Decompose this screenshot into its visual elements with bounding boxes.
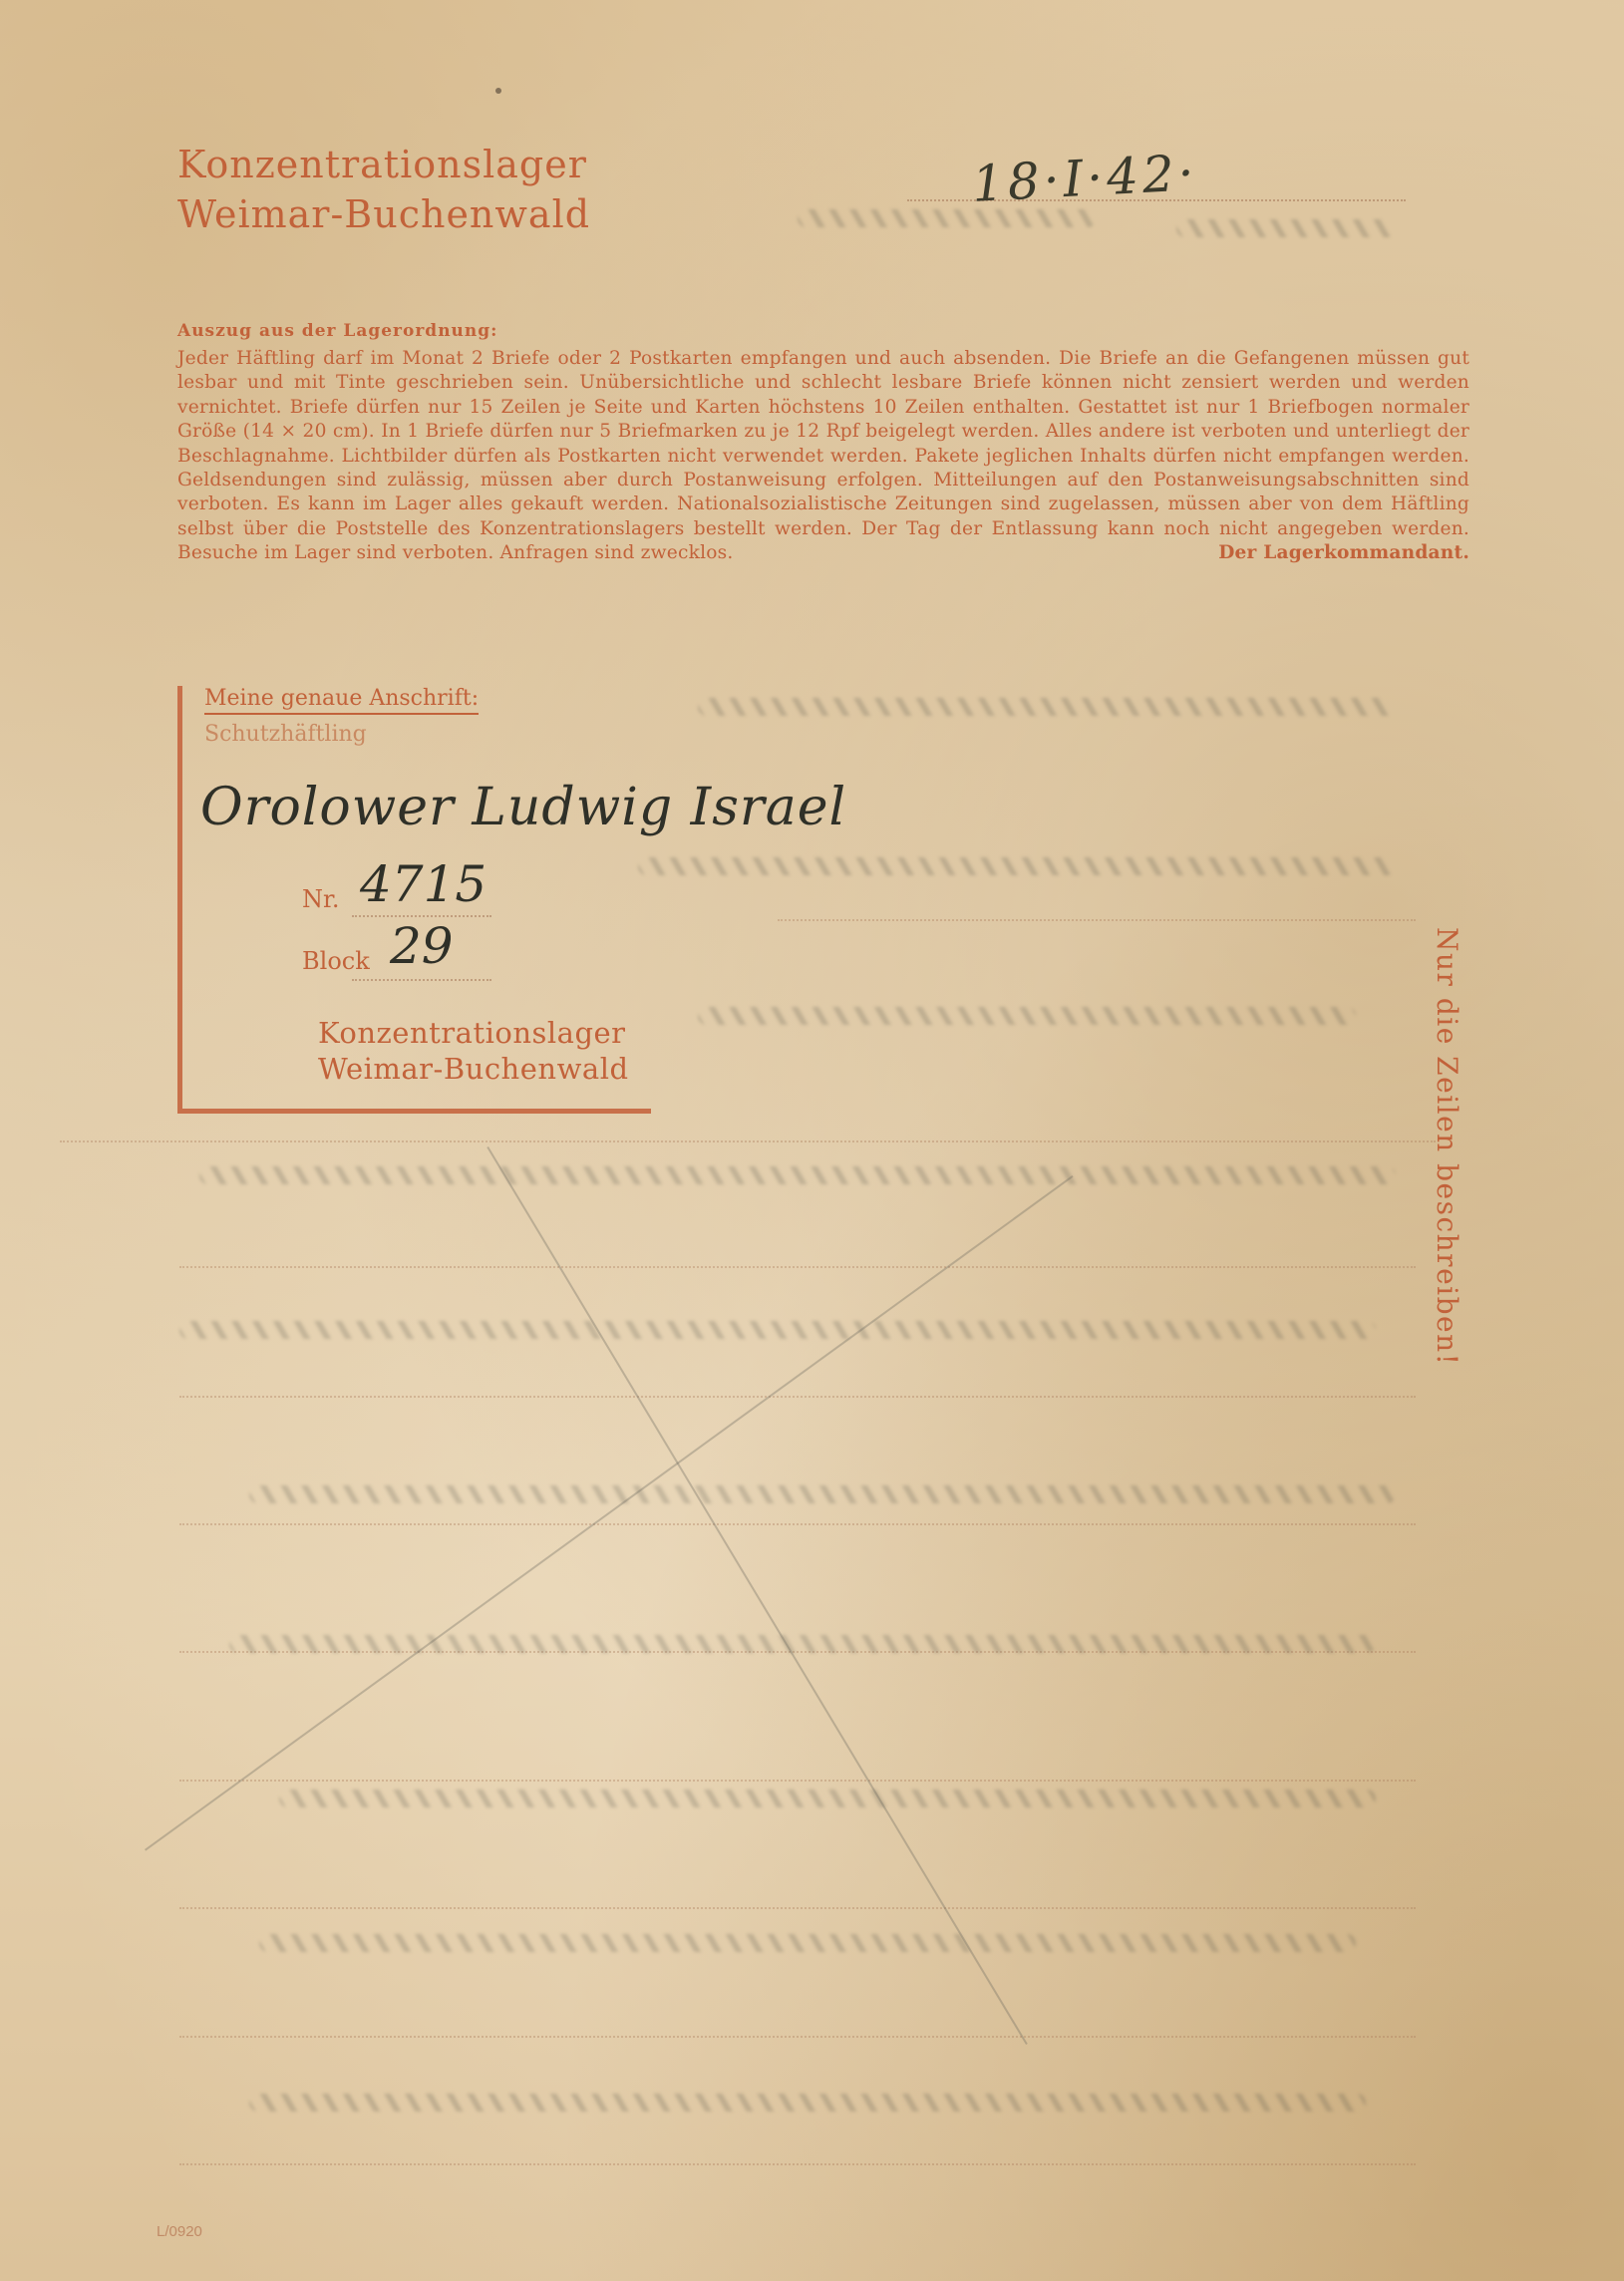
camp-header-line1: Konzentrationslager	[177, 140, 590, 189]
writing-line	[179, 1396, 1416, 1398]
bleed-through-writing	[1176, 219, 1396, 237]
bleed-through-writing	[638, 857, 1396, 875]
block-number-handwritten: 29	[390, 917, 454, 975]
writing-line	[778, 919, 1416, 921]
bleed-through-writing	[798, 209, 1097, 227]
pencil-cross-stroke	[487, 1146, 1028, 2045]
bleed-through-writing	[698, 1007, 1356, 1025]
writing-line	[60, 1140, 1436, 1142]
address-camp: Konzentrationslager Weimar-Buchenwald	[318, 1015, 629, 1087]
address-label: Meine genaue Anschrift:	[204, 686, 479, 715]
print-code: L/0920	[157, 2223, 202, 2240]
address-box: Meine genaue Anschrift: Schutzhäftling O…	[177, 686, 651, 1114]
camp-header: Konzentrationslager Weimar-Buchenwald	[177, 140, 590, 239]
nr-label: Nr.	[302, 885, 339, 913]
bleed-through-writing	[179, 1321, 1376, 1339]
block-dotted-line	[352, 979, 491, 981]
pencil-cross-stroke	[145, 1175, 1074, 1851]
bleed-through-writing	[279, 1790, 1376, 1807]
regulations-body: Jeder Häftling darf im Monat 2 Briefe od…	[177, 348, 1469, 563]
bleed-through-writing	[199, 1166, 1396, 1184]
writing-line	[179, 1523, 1416, 1525]
bleed-through-writing	[698, 698, 1396, 716]
writing-line	[179, 1266, 1416, 1268]
block-label: Block	[302, 947, 370, 975]
writing-line	[179, 2163, 1416, 2165]
prisoner-number-handwritten: 4715	[360, 855, 487, 913]
regulations-signature: Der Lagerkommandant.	[1218, 541, 1469, 565]
camp-regulations: Auszug aus der Lagerordnung: Jeder Häftl…	[177, 321, 1469, 566]
camp-header-line2: Weimar-Buchenwald	[177, 189, 590, 239]
address-camp-line1: Konzentrationslager	[318, 1015, 629, 1051]
ink-spot	[495, 88, 501, 94]
address-camp-line2: Weimar-Buchenwald	[318, 1051, 629, 1087]
writing-line	[179, 1780, 1416, 1782]
bleed-through-writing	[259, 1934, 1356, 1952]
letter-sheet: Konzentrationslager Weimar-Buchenwald 18…	[0, 0, 1624, 2281]
regulations-heading: Auszug aus der Lagerordnung:	[177, 321, 1469, 341]
handwritten-date: 18·I·42·	[971, 144, 1199, 213]
bleed-through-writing	[229, 1635, 1376, 1653]
bleed-through-writing	[249, 1485, 1396, 1503]
bleed-through-writing	[249, 2094, 1366, 2112]
prisoner-status: Schutzhäftling	[204, 722, 367, 747]
writing-line	[179, 2036, 1416, 2038]
writing-line	[179, 1907, 1416, 1909]
regulations-text: Jeder Häftling darf im Monat 2 Briefe od…	[177, 347, 1469, 566]
margin-instruction: Nur die Zeilen beschreiben!	[1431, 927, 1463, 1366]
prisoner-name-handwritten: Orolower Ludwig Israel	[200, 778, 846, 837]
